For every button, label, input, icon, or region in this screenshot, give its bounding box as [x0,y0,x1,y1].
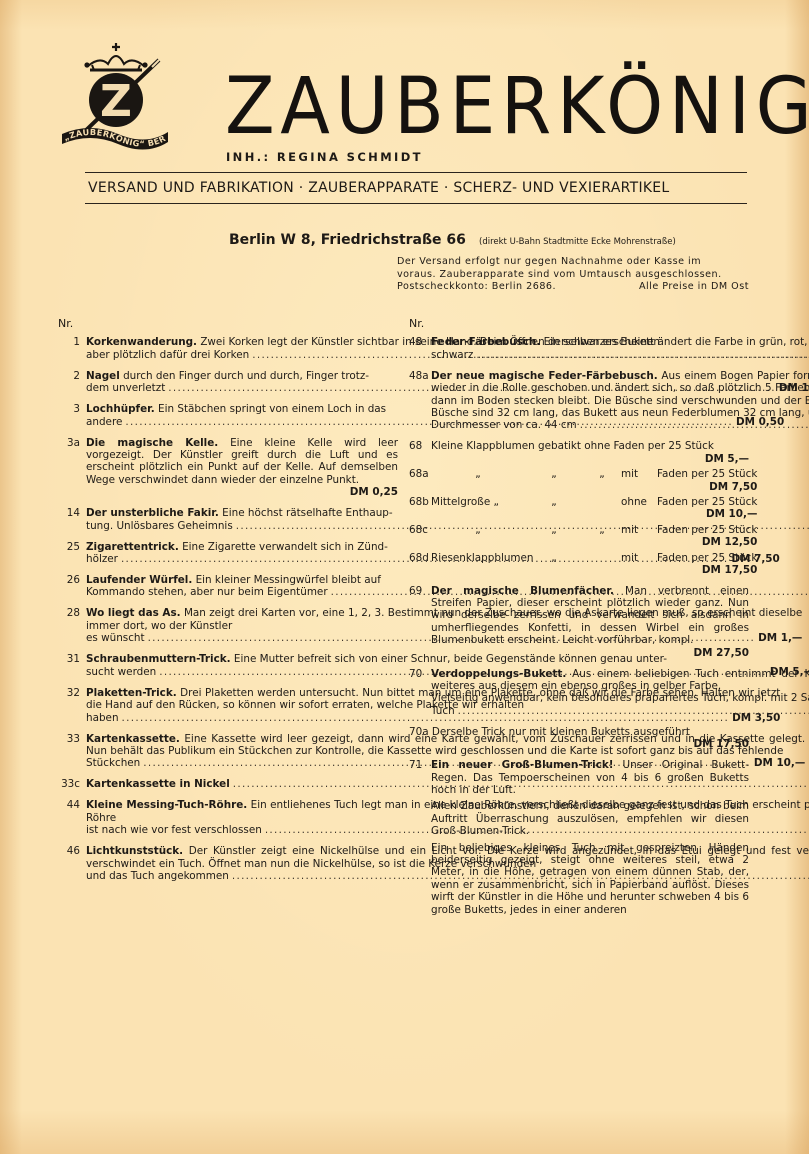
item-number: 68c [409,524,431,549]
catalog-item: 31Schraubenmuttern-Trick. Eine Mutter be… [58,653,398,678]
svg-text:Z: Z [100,76,132,127]
item-title: Nagel [86,370,120,382]
item-description: Allen Zauberkünstlern, denen daran geleg… [431,800,749,837]
catalog-item: 44Kleine Messing-Tuch-Röhre. Ein entlieh… [58,799,398,836]
item-number: 68b [409,496,431,521]
item-price: DM 0,25 [86,486,398,498]
item-price: DM 5,— [431,453,749,465]
column-header: Nr. [409,318,749,330]
item-title: Ein neuer Groß-Blumen-Trick! [431,759,614,771]
catalog-item: 46Lichtkunststück. Der Künstler zeigt ei… [58,845,398,882]
item-price: DM 12,50 [431,536,757,548]
item-number: 28 [58,607,86,644]
tagline: VERSAND UND FABRIKATION · ZAUBERAPPARATE… [88,180,669,196]
klappblumen-row: 68dRiesenklappblumen„mitFaden per 25 Stü… [409,552,749,577]
item-title: Der magische Blumenfächer. [431,585,614,597]
item-number: 1 [58,336,86,361]
item-number: 46 [58,845,86,882]
item-number: 3a [58,437,86,499]
item-description: Ein beliebiges kleines Tuch mit gespreiz… [431,842,749,916]
catalog-item-48a: 48a Der neue magische Feder-Färbebusch. … [409,370,749,432]
item-description: Eine Zigarette verwandelt sich in Zünd- [179,541,388,553]
item-number: 3 [58,403,86,428]
item-number: 68a [409,468,431,493]
catalog-item: 3aDie magische Kelle. Eine kleine Kelle … [58,437,398,499]
item-number: 32 [58,687,86,724]
catalog-item: 33cKartenkassette in NickelDM 35,— [58,778,398,790]
item-price: DM 10,— [754,757,805,769]
item-price: DM 17,50 [431,564,757,576]
catalog-item: 25Zigarettentrick. Eine Zigarette verwan… [58,541,398,566]
catalog-item-48: 48 Feder-Färbebusch. Ein schwarzes Buket… [409,336,749,361]
klappblumen-row: 68c„„„mitFaden per 25 StückDM 12,50 [409,524,749,549]
item-description: Ein Stäbchen springt von einem Loch in d… [155,403,386,415]
item-number: 48 [409,336,431,361]
crown-z-logo-icon: Z „ZAUBERKÖNIG“ BERLIN [60,38,170,153]
item-title: Wo liegt das As. [86,607,181,619]
klappblumen-row: 68bMittelgroße „„ohneFaden per 25 StückD… [409,496,749,521]
item-title: Der unsterbliche Fakir. [86,507,219,519]
item-price: DM 27,50 [431,647,749,659]
item-number: 48a [409,370,431,432]
catalog-item-69: 69 Der magische Blumenfächer. Man verbre… [409,585,749,659]
catalog-item: 3Lochhüpfer. Ein Stäbchen springt von ei… [58,403,398,428]
klappblumen-row: 68Kleine Klappblumen gebatikt ohne Faden… [409,440,749,465]
item-description: Kleine Klappblumen gebatikt ohne Faden p… [431,440,749,452]
item-title: Kartenkassette. [86,733,180,745]
catalog-item-70a: 70a Derselbe Trick nur mit kleinen Buket… [409,726,749,751]
brand-title: ZAUBERKÖNIG [225,68,809,146]
item-title: Verdoppelungs-Bukett. [431,668,566,680]
klappblumen-row: 68a„„„mitFaden per 25 StückDM 7,50 [409,468,749,493]
bottom-rule [85,203,747,204]
item-number: 33 [58,733,86,770]
catalog-item-71: 71 Ein neuer Groß-Blumen-Trick! Unser Or… [409,759,749,916]
item-description: Mittelgroße „„ohneFaden per 25 Stück [431,496,757,508]
item-title: Lochhüpfer. [86,403,155,415]
item-description: Derselbe Trick nur mit kleinen Buketts a… [432,726,690,738]
item-number: 26 [58,574,86,599]
item-number: 70 [409,668,431,718]
item-number: 31 [58,653,86,678]
catalog-item: 32Plaketten-Trick. Drei Plaketten werden… [58,687,398,724]
terms-line: Der Versand erfolgt nur gegen Nachnahme … [397,256,749,269]
item-title: Feder-Färbebusch. [431,336,540,348]
item-price: DM 10,— [431,508,757,520]
item-title: Kartenkassette in Nickel [86,778,230,790]
item-number: 33c [58,778,86,790]
item-description: Eine höchst rätselhafte Enthaup- [219,507,393,519]
item-description: Riesenklappblumen„mitFaden per 25 Stück [431,552,757,564]
item-number: 25 [58,541,86,566]
left-item-list: 1Korkenwanderung. Zwei Korken legt der K… [58,336,398,882]
terms-line: voraus. Zauberapparate sind vom Umtausch… [397,269,749,282]
item-number: 69 [409,585,431,659]
item-title: Die magische Kelle. [86,437,218,449]
top-rule [85,172,747,173]
catalog-item: 28Wo liegt das As. Man zeigt drei Karten… [58,607,398,644]
item-title: Laufender Würfel. [86,574,192,586]
item-price: DM 17,50 [409,738,749,750]
item-description: „„„mitFaden per 25 Stück [431,524,757,536]
item-description: durch den Finger durch und durch, Finger… [120,370,369,382]
item-title: Zigarettentrick. [86,541,179,553]
item-number: 44 [58,799,86,836]
catalog-item: 2Nagel durch den Finger durch und durch,… [58,370,398,395]
item-title: Lichtkunststück. [86,845,183,857]
right-column: Nr. 48 Feder-Färbebusch. Ein schwarzes B… [409,318,749,925]
item-number: 70a [409,726,429,738]
klappblumen-table: 68Kleine Klappblumen gebatikt ohne Faden… [409,440,749,576]
item-title: Korkenwanderung. [86,336,197,348]
catalog-item: 33Kartenkassette. Eine Kassette wird lee… [58,733,398,770]
item-number: 68 [409,440,431,465]
catalog-item: 26Laufender Würfel. Ein kleiner Messingw… [58,574,398,599]
address: Berlin W 8, Friedrichstraße 66 (direkt U… [229,229,676,248]
terms-block: Der Versand erfolgt nur gegen Nachnahme … [397,256,749,294]
column-header: Nr. [58,318,398,330]
item-title: Der neue magische Feder-Färbebusch. [431,370,658,382]
item-description: Vielseitig anwendbar, kein besonderes pr… [431,692,809,704]
address-note: (direkt U-Bahn Stadtmitte Ecke Mohrenstr… [479,237,676,247]
item-number: 71 [409,759,431,916]
item-price: DM 1,— [758,632,802,644]
catalog-item: 14Der unsterbliche Fakir. Eine höchst rä… [58,507,398,532]
owner-line: INH.: REGINA SCHMIDT [226,150,423,164]
item-number: 14 [58,507,86,532]
left-column: Nr. 1Korkenwanderung. Zwei Korken legt d… [58,318,398,891]
item-title: Kleine Messing-Tuch-Röhre. [86,799,247,811]
catalog-item-70: 70 Verdoppelungs-Bukett. Aus einem belie… [409,668,749,718]
item-title: Plaketten-Trick. [86,687,177,699]
item-title: Schraubenmuttern-Trick. [86,653,231,665]
item-description: „„„mitFaden per 25 Stück [431,468,757,480]
item-description: Ein schwarzes Bukett ändert die Farbe in… [540,336,809,348]
item-number: 68d [409,552,431,577]
item-number: 2 [58,370,86,395]
item-price: DM 7,50 [431,481,757,493]
item-description: Ein kleiner Messingwürfel bleibt auf [192,574,381,586]
address-city: Berlin W 8, Friedrichstraße 66 [229,232,466,248]
catalog-item: 1Korkenwanderung. Zwei Korken legt der K… [58,336,398,361]
terms-line: Postscheckkonto: Berlin 2686. Alle Preis… [397,281,749,294]
